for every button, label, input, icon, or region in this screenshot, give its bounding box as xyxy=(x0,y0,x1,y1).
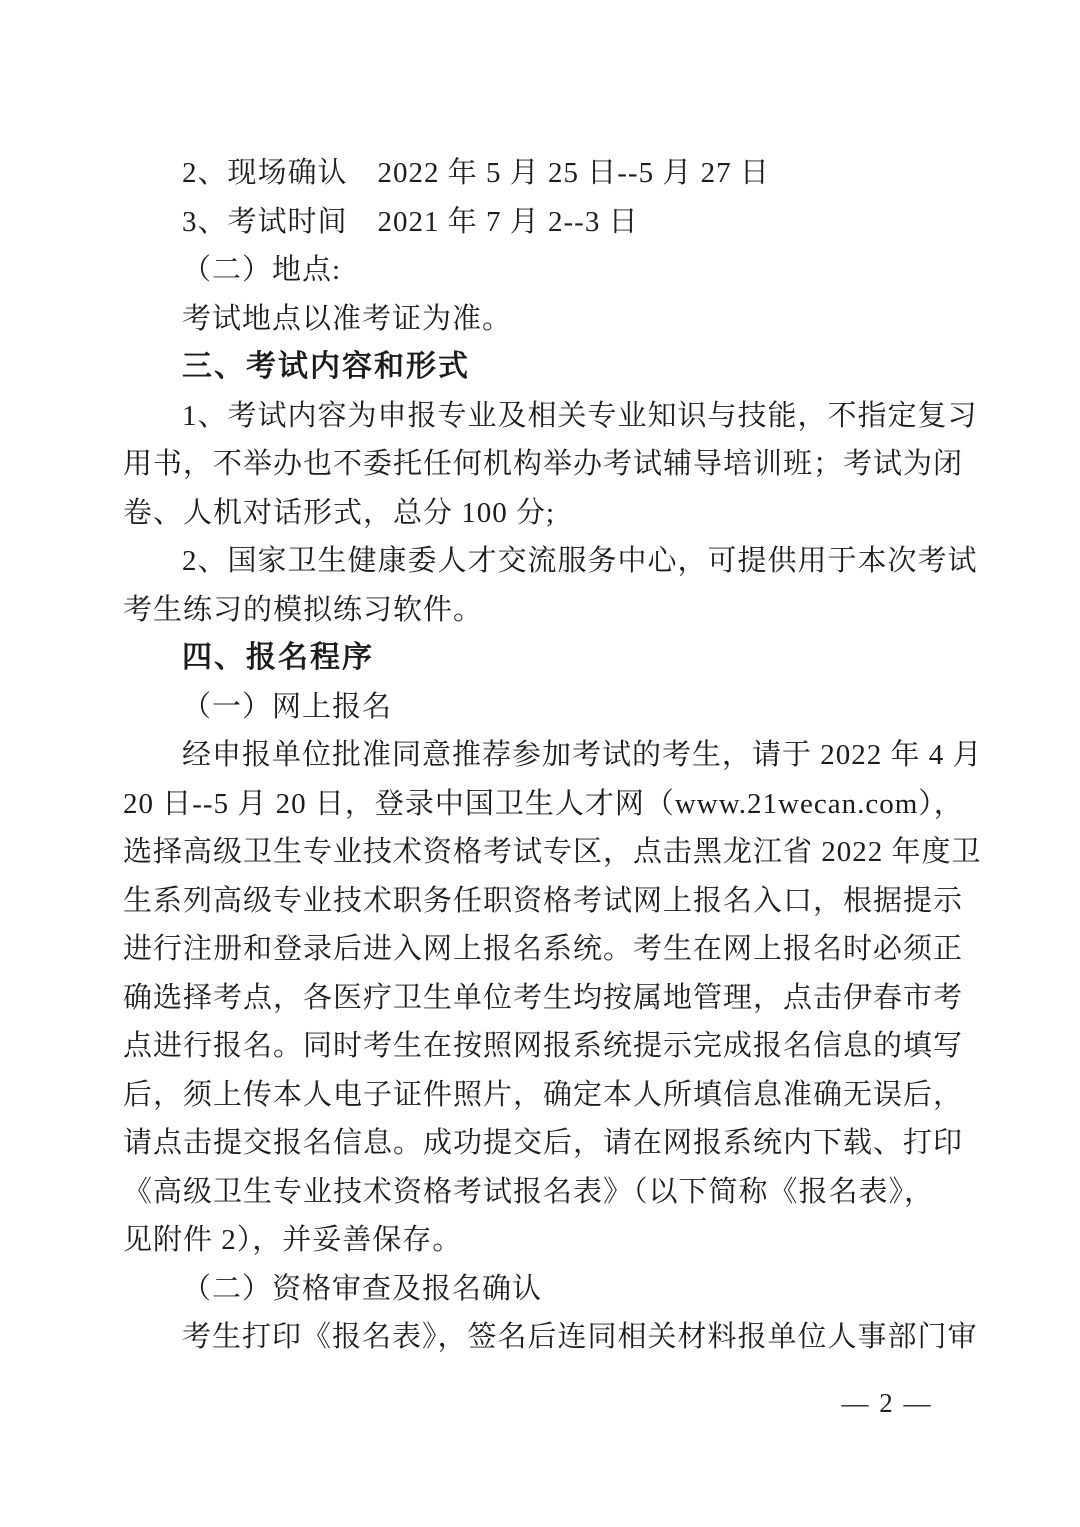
page-number: — 2 — xyxy=(836,1388,938,1419)
text-line: 确选择考点，各医疗卫生单位考生均按属地管理，点击伊春市考 xyxy=(123,974,955,1023)
text-line: 用书，不举办也不委托任何机构举办考试辅导培训班；考试为闭 xyxy=(123,440,955,489)
text-line: 2、现场确认 2022 年 5 月 25 日--5 月 27 日 xyxy=(123,149,955,198)
text-line: 生系列高级专业技术职务任职资格考试网上报名入口，根据提示 xyxy=(123,877,955,926)
text-line: 选择高级卫生专业技术资格考试专区，点击黑龙江省 2022 年度卫 xyxy=(123,828,955,877)
text-line: 考生练习的模拟练习软件。 xyxy=(123,586,955,635)
text-line: 经申报单位批准同意推荐参加考试的考生，请于 2022 年 4 月 xyxy=(123,731,955,780)
document-page: 2、现场确认 2022 年 5 月 25 日--5 月 27 日3、考试时间 2… xyxy=(0,0,1080,1527)
text-line: 卷、人机对话形式，总分 100 分; xyxy=(123,489,955,538)
section-heading: 三、考试内容和形式 xyxy=(123,343,955,392)
text-line: 《高级卫生专业技术资格考试报名表》（以下简称《报名表》， xyxy=(123,1168,955,1217)
text-line: 请点击提交报名信息。成功提交后，请在网报系统内下载、打印 xyxy=(123,1119,955,1168)
text-line: 3、考试时间 2021 年 7 月 2--3 日 xyxy=(123,198,955,247)
text-line: 后，须上传本人电子证件照片，确定本人所填信息准确无误后， xyxy=(123,1071,955,1120)
text-line: 1、考试内容为申报专业及相关专业知识与技能，不指定复习 xyxy=(123,392,955,441)
section-heading: 四、报名程序 xyxy=(123,634,955,683)
text-line: 2、国家卫生健康委人才交流服务中心，可提供用于本次考试 xyxy=(123,537,955,586)
text-line: 进行注册和登录后进入网上报名系统。考生在网上报名时必须正 xyxy=(123,925,955,974)
text-line: 点进行报名。同时考生在按照网报系统提示完成报名信息的填写 xyxy=(123,1022,955,1071)
text-line: 考生打印《报名表》，签名后连同相关材料报单位人事部门审 xyxy=(123,1313,955,1362)
document-body: 2、现场确认 2022 年 5 月 25 日--5 月 27 日3、考试时间 2… xyxy=(123,149,955,1362)
text-line: （二）资格审查及报名确认 xyxy=(123,1265,955,1314)
text-line: 20 日--5 月 20 日，登录中国卫生人才网（www.21wecan.com… xyxy=(123,780,955,829)
text-line: 见附件 2），并妥善保存。 xyxy=(123,1216,955,1265)
text-line: 考试地点以准考证为准。 xyxy=(123,295,955,344)
text-line: （一）网上报名 xyxy=(123,683,955,732)
text-line: （二）地点: xyxy=(123,246,955,295)
